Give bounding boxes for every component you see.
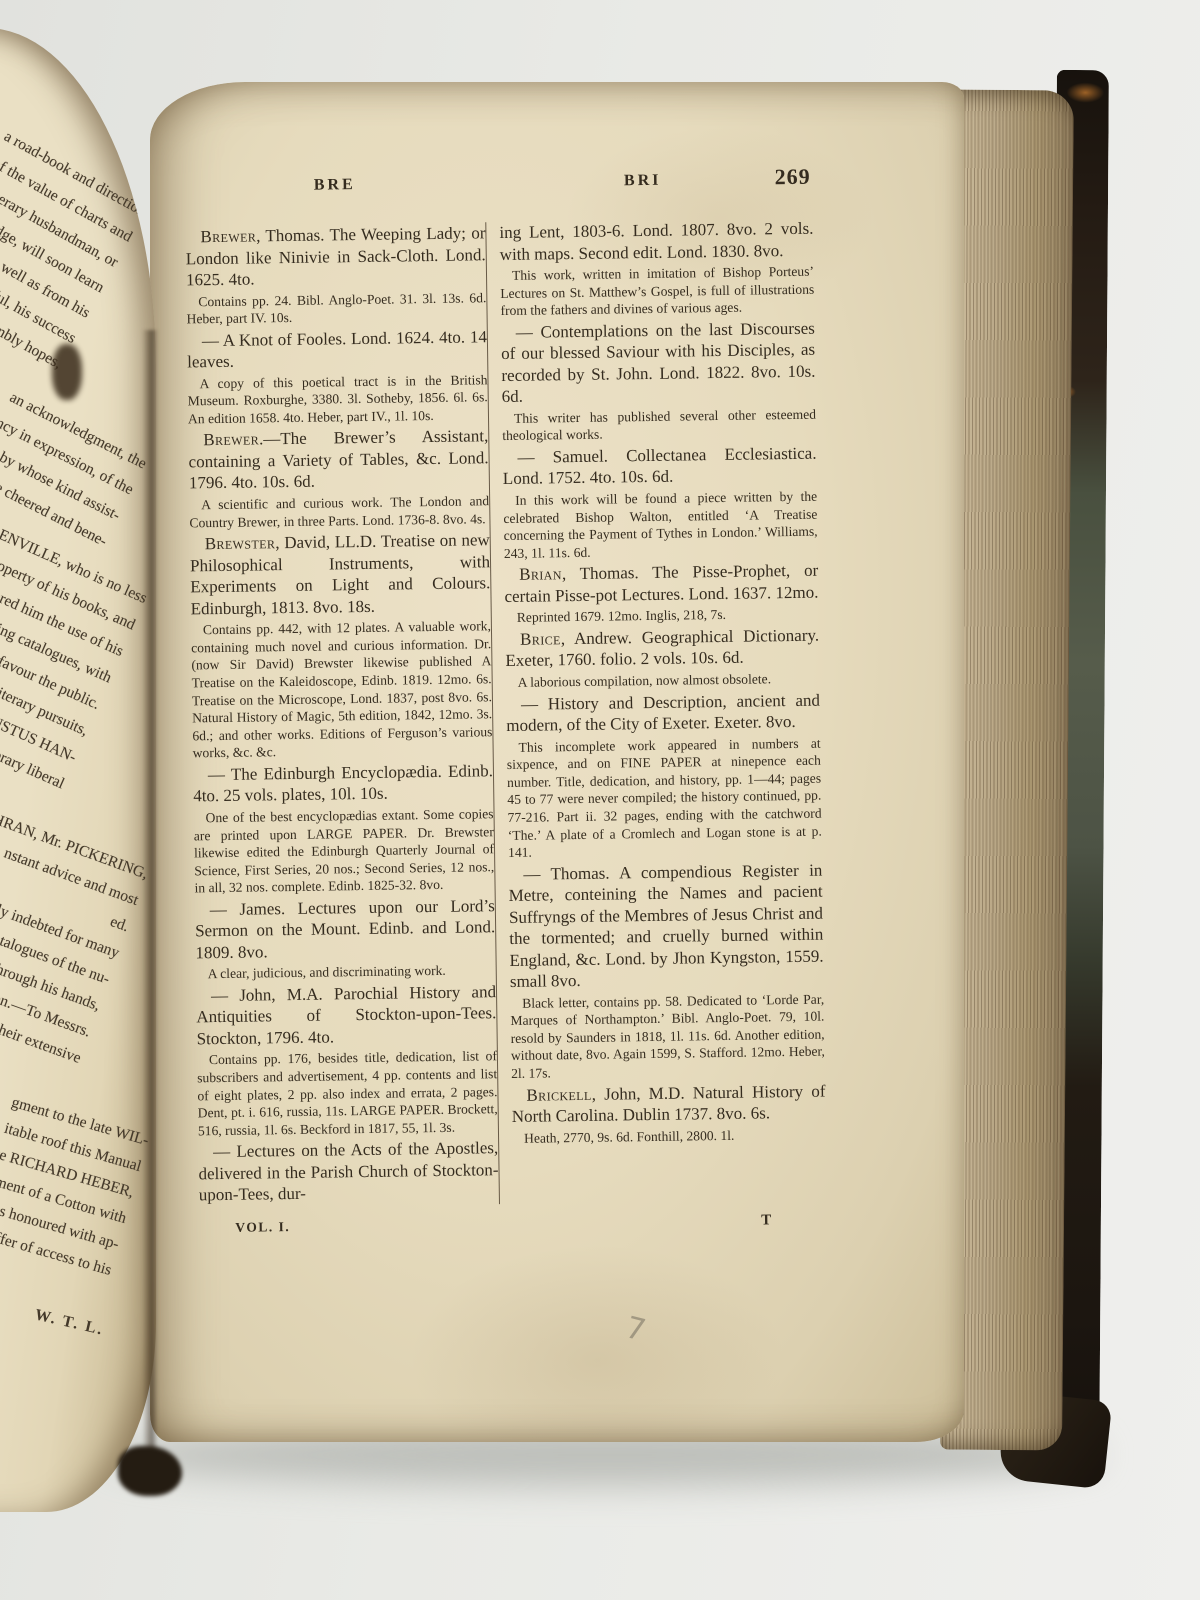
- author-name-small-caps: Brian: [519, 565, 562, 585]
- page-header: BRE BRI 269: [185, 170, 813, 209]
- catalog-entry: Brewster, David, LL.D. Treatise on new P…: [190, 529, 491, 619]
- running-title-right: BRI: [485, 170, 801, 192]
- book-photo: BRE BRI 269 Brewer, Thomas. The Weeping …: [0, 0, 1200, 1600]
- catalog-note: Heath, 2770, 9s. 6d. Fonthill, 2800. 1l.: [512, 1125, 826, 1147]
- column-right: ing Lent, 1803-6. Lond. 1807. 8vo. 2 vol…: [485, 218, 827, 1204]
- catalog-note: Black letter, contains pp. 58. Dedicated…: [510, 990, 825, 1082]
- catalog-entry: Brickell, John, M.D. Natural History of …: [511, 1080, 826, 1127]
- catalog-note: A scientific and curious work. The Londo…: [189, 492, 489, 531]
- left-page-signature: W. T. L.: [32, 1306, 105, 1339]
- recto-page: BRE BRI 269 Brewer, Thomas. The Weeping …: [150, 82, 964, 1442]
- verso-page-strip: a road-book and directionof the value of…: [0, 28, 156, 1512]
- catalog-entry: — The Edinburgh Encyclopædia. Edinb. 4to…: [193, 760, 494, 807]
- catalog-entry: Brewer, Thomas. The Weeping Lady; or Lon…: [185, 222, 486, 291]
- catalog-entry: Brewer.—The Brewer’s Assistant, containi…: [188, 426, 489, 495]
- page-footer: VOL. I. T: [199, 1212, 827, 1238]
- catalog-note: A copy of this poetical tract is in the …: [187, 371, 488, 428]
- page-number: 269: [774, 164, 810, 191]
- catalog-entry: — History and Description, ancient and m…: [506, 689, 821, 736]
- running-title-left: BRE: [185, 174, 485, 196]
- author-name-small-caps: Brewer: [200, 226, 256, 246]
- catalog-entry: — John, M.A. Parochial History and Antiq…: [196, 981, 497, 1050]
- catalog-note: This writer has published several other …: [502, 405, 816, 445]
- catalog-note: Contains pp. 442, with 12 plates. A valu…: [191, 617, 493, 762]
- column-left: Brewer, Thomas. The Weeping Lady; or Lon…: [185, 222, 499, 1208]
- catalog-note: Contains pp. 176, besides title, dedicat…: [197, 1048, 498, 1140]
- catalog-entry: — James. Lectures upon our Lord’s Sermon…: [195, 895, 496, 964]
- catalog-entry: — Lectures on the Acts of the Apostles, …: [198, 1138, 499, 1207]
- catalog-entry: ing Lent, 1803-6. Lond. 1807. 8vo. 2 vol…: [499, 218, 814, 265]
- printer-signature-mark: T: [499, 1212, 813, 1233]
- author-name-small-caps: Brickell: [526, 1084, 591, 1104]
- text-columns: Brewer, Thomas. The Weeping Lady; or Lon…: [185, 218, 827, 1209]
- catalog-entry: Brice, Andrew. Geographical Dictionary. …: [505, 625, 820, 672]
- left-page-fragment-group: a road-book and directionof the value of…: [0, 28, 152, 378]
- catalog-note: This incomplete work appeared in numbers…: [506, 734, 822, 862]
- catalog-entry: — Contemplations on the last Discourses …: [501, 317, 816, 407]
- author-name-small-caps: Brice: [520, 629, 561, 649]
- catalog-note: Contains pp. 24. Bibl. Anglo-Poet. 31. 3…: [186, 289, 486, 328]
- spine-notch-bottom: [118, 1446, 182, 1496]
- pencil-mark: 7: [622, 1310, 649, 1349]
- gutter-seam: [142, 330, 158, 1460]
- catalog-note: In this work will be found a piece writt…: [503, 488, 818, 563]
- catalog-entry: — Samuel. Collectanea Ecclesiastica. Lon…: [502, 443, 817, 490]
- catalog-note: One of the best encyclopædias extant. So…: [193, 805, 494, 897]
- spine-notch-top: [52, 344, 82, 400]
- author-name-small-caps: Brewster: [205, 533, 276, 553]
- page-content: BRE BRI 269 Brewer, Thomas. The Weeping …: [185, 170, 828, 1238]
- catalog-note: This work, written in imitation of Bisho…: [500, 263, 815, 320]
- catalog-note: A clear, judicious, and discriminating w…: [196, 962, 496, 984]
- author-name-small-caps: Brewer: [203, 430, 259, 450]
- catalog-entry: Brian, Thomas. The Pisse-Prophet, or cer…: [504, 560, 819, 607]
- catalog-entry: — Thomas. A compendious Register in Metr…: [508, 859, 824, 992]
- catalog-entry: — A Knot of Fooles. Lond. 1624. 4to. 14 …: [187, 326, 488, 373]
- catalog-note: A laborious compilation, now almost obso…: [506, 670, 820, 692]
- volume-label: VOL. I.: [199, 1216, 499, 1237]
- catalog-note: Reprinted 1679. 12mo. Inglis, 218, 7s.: [505, 605, 819, 627]
